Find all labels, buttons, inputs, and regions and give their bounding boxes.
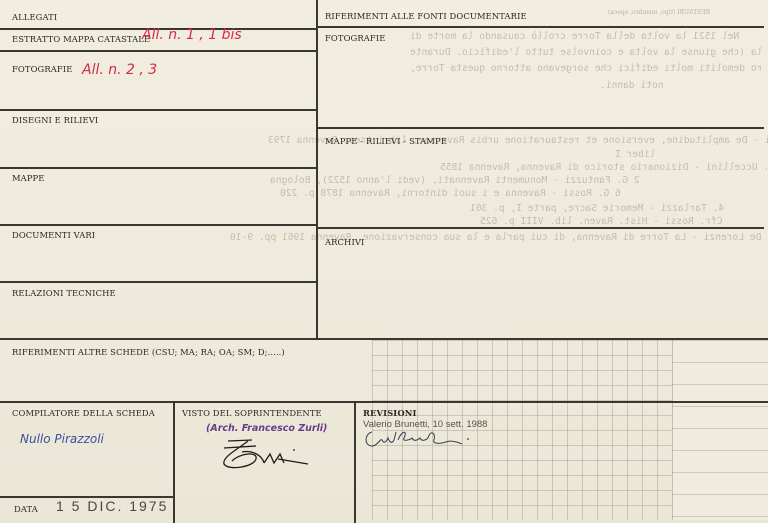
divider <box>0 224 316 226</box>
fotografie-right-label: FOTOGRAFIE <box>325 33 385 43</box>
show-through-line: liber I <box>615 149 655 160</box>
documenti-label: DOCUMENTI VARI <box>12 230 95 240</box>
divider <box>0 401 768 403</box>
divider <box>0 338 768 340</box>
compilatore-signature: Nullo Pirazzoli <box>20 432 104 446</box>
divider <box>0 167 316 169</box>
revisione-signature <box>362 428 472 450</box>
compilatore-label: COMPILATORE DELLA SCHEDA <box>12 408 155 418</box>
divider <box>316 26 764 28</box>
divider <box>316 227 764 229</box>
show-through-line: 2 G. Fantuzzi - Monumenti Ravennati, (ve… <box>270 175 640 186</box>
date-stamp: 1 5 DIC. 1975 <box>56 498 168 514</box>
mappe-rilievi-stampe-label: MAPPE - RILIEVI - STAMPE <box>325 136 447 146</box>
disegni-label: DISEGNI E RILIEVI <box>12 115 98 125</box>
show-through-line: 6 G. Rossi - Ravenna e i suoi dintorni, … <box>280 188 621 199</box>
soprintendente-signature <box>218 437 313 472</box>
divider <box>316 127 764 129</box>
fotografie-value: All. n. 2 , 3 <box>82 62 157 78</box>
mappe-label: MAPPE <box>12 173 45 183</box>
form-sheet: RESTAURI (tipo, membro, epoca) Nel 1521 … <box>0 0 768 523</box>
show-through-line: la (che giunse la volta e coinvolse tutt… <box>410 47 762 58</box>
visto-soprintendente-label: VISTO DEL SOPRINTENDENTE <box>182 408 322 418</box>
show-through-header: RESTAURI (tipo, membro, epoca) <box>608 9 710 16</box>
show-through-line: ro demoliti molti edifici che sorgevano … <box>410 63 762 74</box>
show-through-grid-labels <box>672 340 768 520</box>
divider <box>354 401 356 523</box>
fotografie-label: FOTOGRAFIE <box>12 64 72 74</box>
data-label: DATA <box>14 504 38 514</box>
divider <box>0 109 316 111</box>
riferimenti-fonti-heading: RIFERIMENTI ALLE FONTI DOCUMENTARIE <box>325 11 527 21</box>
show-through-line: 7. De Lorenzi - La Torre di Ravenna, di … <box>230 232 768 243</box>
allegati-heading: ALLEGATI <box>12 12 57 22</box>
show-through-line: Nel 1521 la volta della Torre crollò cau… <box>410 31 739 42</box>
divider <box>0 50 316 52</box>
center-divider <box>316 0 318 338</box>
relazioni-label: RELAZIONI TECNICHE <box>12 288 116 298</box>
show-through-line: noti danni. <box>600 80 664 91</box>
divider <box>0 281 316 283</box>
show-through-line: Cfr. Rossi - Hist. Raven. lib. VIII p. 6… <box>480 216 723 227</box>
revisioni-label: REVISIONI <box>363 408 417 418</box>
estratto-mappa-label: ESTRATTO MAPPA CATASTALE <box>12 34 150 44</box>
riferimenti-altre-schede-label: RIFERIMENTI ALTRE SCHEDE (CSU; MA; RA; O… <box>12 347 285 357</box>
archivi-label: ARCHIVI <box>325 237 364 247</box>
show-through-line: 5 P. Uccellini - Dizionario storico di R… <box>440 162 768 173</box>
soprintendente-stamp: (Arch. Francesco Zurli) <box>206 423 327 434</box>
show-through-line: 4. Tarlazzi - Memorie Sacre, parte I, p.… <box>470 203 724 214</box>
divider <box>173 401 175 523</box>
estratto-mappa-value: All. n. 1 , 1 bis <box>142 27 242 43</box>
